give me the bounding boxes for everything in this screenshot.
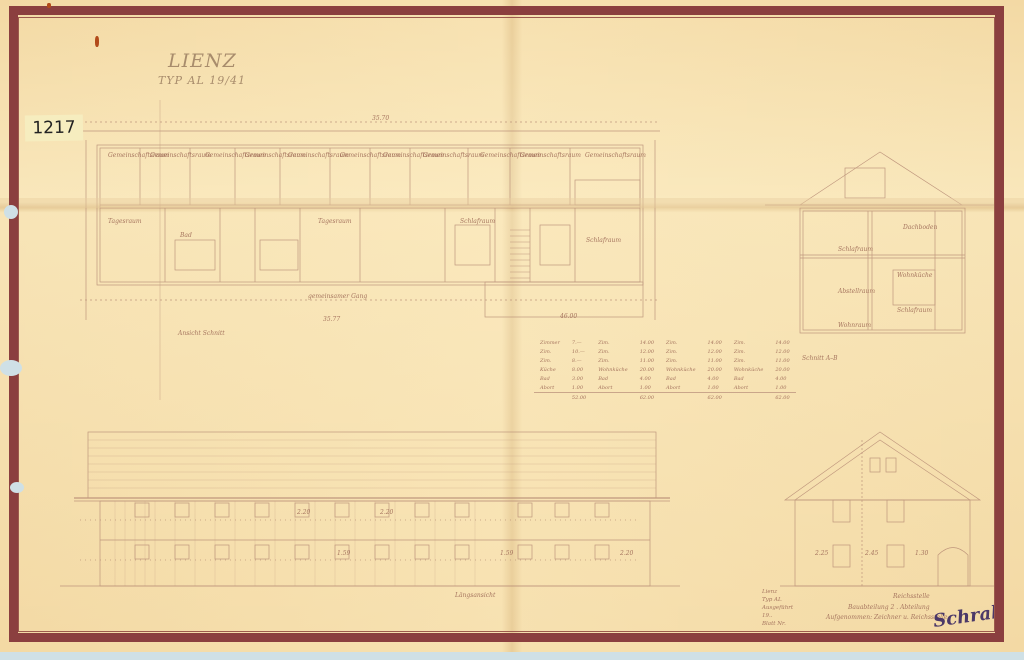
ink-stain [95,36,99,47]
blueprint-sheet: LIENZ TYP AL 19/41 1217 35.70 Gemeinscha… [0,0,1024,652]
sheet-inner-border [18,17,995,632]
paper-tear [4,205,18,219]
ink-stain [47,3,51,8]
paper-tear [0,360,22,376]
paper-tear [10,482,24,493]
